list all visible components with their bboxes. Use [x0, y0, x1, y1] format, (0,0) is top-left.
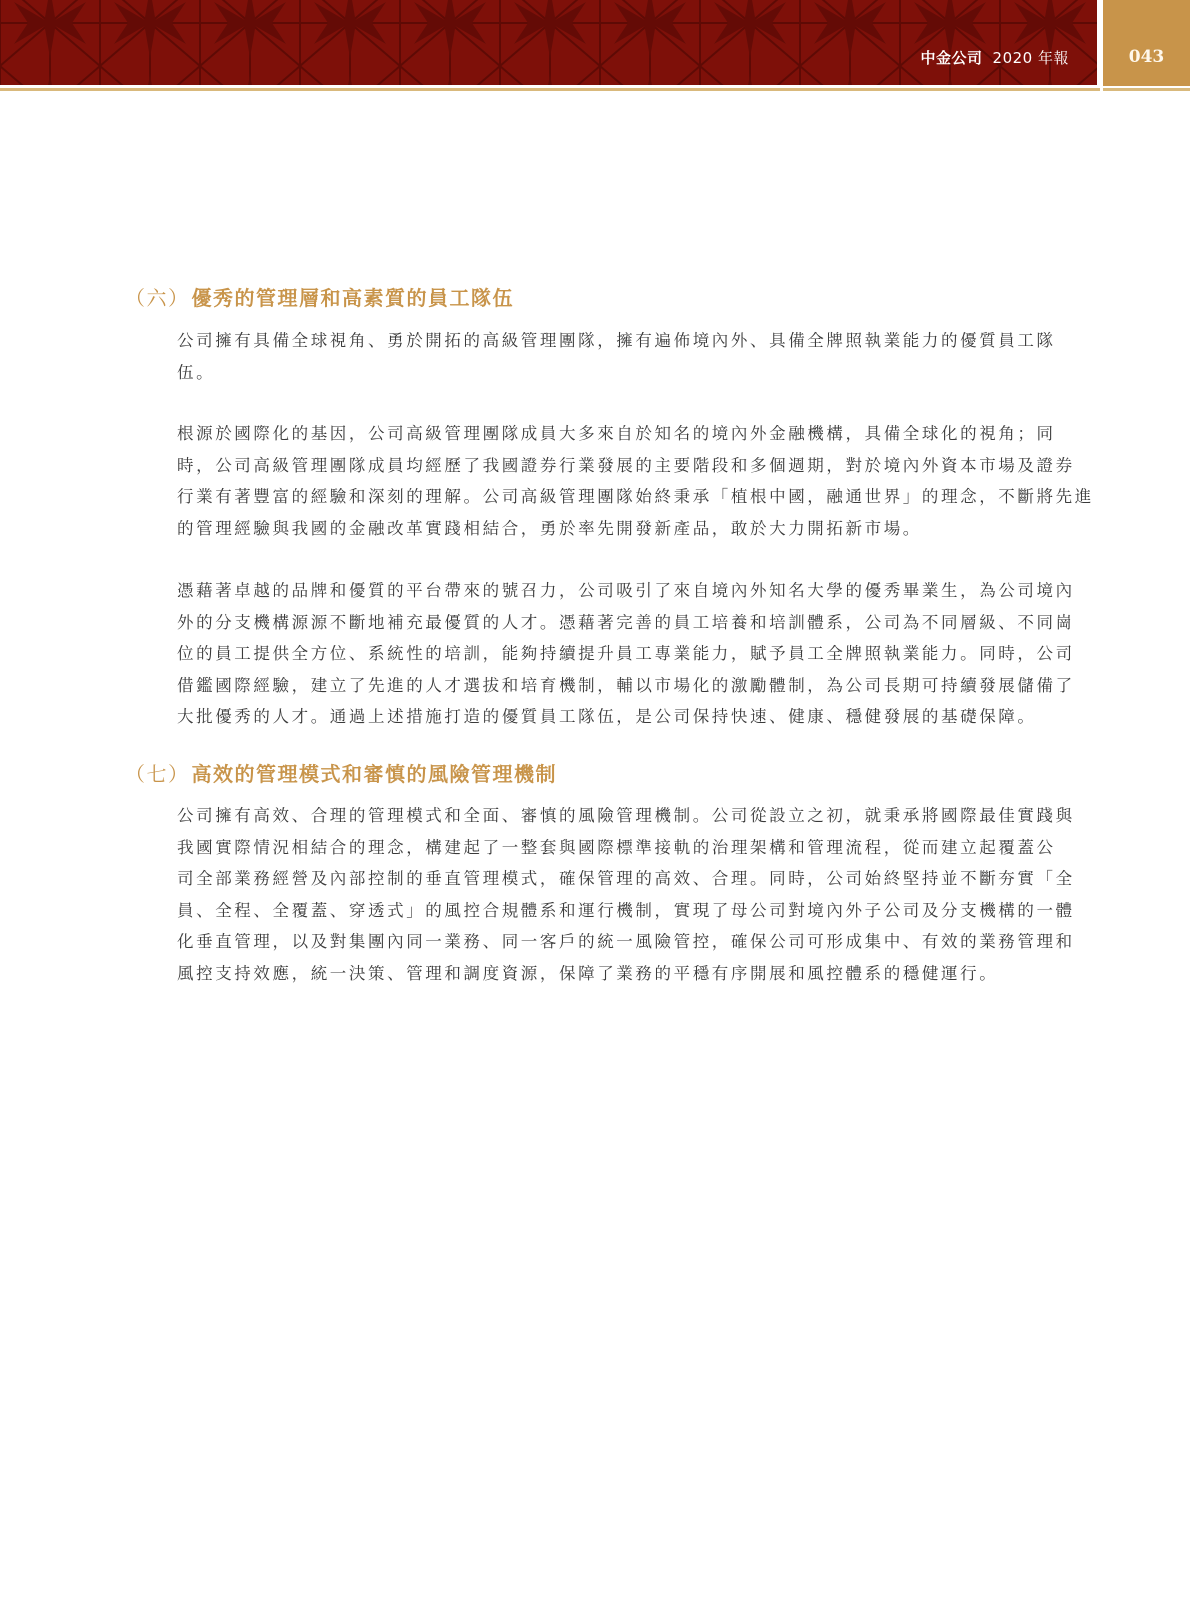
text-line: 的管理經驗與我國的金融改革實踐相結合，勇於率先開發新產品，敢於大力開拓新市場。 — [177, 513, 1077, 545]
header-banner: 中金公司2020 年報 — [0, 0, 1097, 85]
paragraph: 公司擁有具備全球視角、勇於開拓的高級管理團隊，擁有遍佈境內外、具備全牌照執業能力… — [177, 325, 1077, 388]
text-line: 外的分支機構源源不斷地補充最優質的人才。憑藉著完善的員工培養和培訓體系，公司為不… — [177, 607, 1077, 639]
company-name: 中金公司 — [921, 49, 983, 67]
report-year: 2020 年報 — [993, 49, 1069, 67]
paragraph: 根源於國際化的基因，公司高級管理團隊成員大多來自於知名的境內外金融機構，具備全球… — [177, 418, 1077, 544]
section-number: （七） — [125, 762, 190, 786]
text-line: 大批優秀的人才。通過上述措施打造的優質員工隊伍，是公司保持快速、健康、穩健發展的… — [177, 701, 1077, 733]
text-line: 員、全程、全覆蓋、穿透式」的風控合規體系和運行機制，實現了母公司對境內外子公司及… — [177, 895, 1077, 927]
page-number: 043 — [1103, 47, 1190, 67]
paragraph: 憑藉著卓越的品牌和優質的平台帶來的號召力，公司吸引了來自境內外知名大學的優秀畢業… — [177, 575, 1077, 733]
header-rule-right — [1103, 88, 1190, 91]
section-number: （六） — [125, 286, 190, 310]
section-title: 優秀的管理層和高素質的員工隊伍 — [192, 286, 515, 310]
text-line: 借鑑國際經驗，建立了先進的人才選拔和培育機制，輔以市場化的激勵體制，為公司長期可… — [177, 670, 1077, 702]
text-line: 風控支持效應，統一決策、管理和調度資源，保障了業務的平穩有序開展和風控體系的穩健… — [177, 958, 1077, 990]
section-heading-7: （七）高效的管理模式和審慎的風險管理機制 — [125, 758, 557, 787]
text-line: 化垂直管理，以及對集團內同一業務、同一客戶的統一風險管控，確保公司可形成集中、有… — [177, 926, 1077, 958]
text-line: 伍。 — [177, 357, 1077, 389]
text-line: 司全部業務經營及內部控制的垂直管理模式，確保管理的高效、合理。同時，公司始終堅持… — [177, 863, 1077, 895]
text-line: 公司擁有具備全球視角、勇於開拓的高級管理團隊，擁有遍佈境內外、具備全牌照執業能力… — [177, 325, 1077, 357]
asanoha-pattern-decoration — [0, 0, 1097, 85]
header-rule — [0, 88, 1100, 91]
report-title: 中金公司2020 年報 — [921, 47, 1069, 68]
text-line: 行業有著豐富的經驗和深刻的理解。公司高級管理團隊始終秉承「植根中國，融通世界」的… — [177, 481, 1077, 513]
text-line: 根源於國際化的基因，公司高級管理團隊成員大多來自於知名的境內外金融機構，具備全球… — [177, 418, 1077, 450]
section-heading-6: （六）優秀的管理層和高素質的員工隊伍 — [125, 282, 514, 311]
text-line: 我國實際情況相結合的理念，構建起了一整套與國際標準接軌的治理架構和管理流程，從而… — [177, 832, 1077, 864]
text-line: 憑藉著卓越的品牌和優質的平台帶來的號召力，公司吸引了來自境內外知名大學的優秀畢業… — [177, 575, 1077, 607]
text-line: 時，公司高級管理團隊成員均經歷了我國證券行業發展的主要階段和多個週期，對於境內外… — [177, 450, 1077, 482]
paragraph: 公司擁有高效、合理的管理模式和全面、審慎的風險管理機制。公司從設立之初，就秉承將… — [177, 800, 1077, 989]
text-line: 位的員工提供全方位、系統性的培訓，能夠持續提升員工專業能力，賦予員工全牌照執業能… — [177, 638, 1077, 670]
page-number-tab: 043 — [1103, 0, 1190, 86]
section-title: 高效的管理模式和審慎的風險管理機制 — [192, 762, 558, 786]
text-line: 公司擁有高效、合理的管理模式和全面、審慎的風險管理機制。公司從設立之初，就秉承將… — [177, 800, 1077, 832]
